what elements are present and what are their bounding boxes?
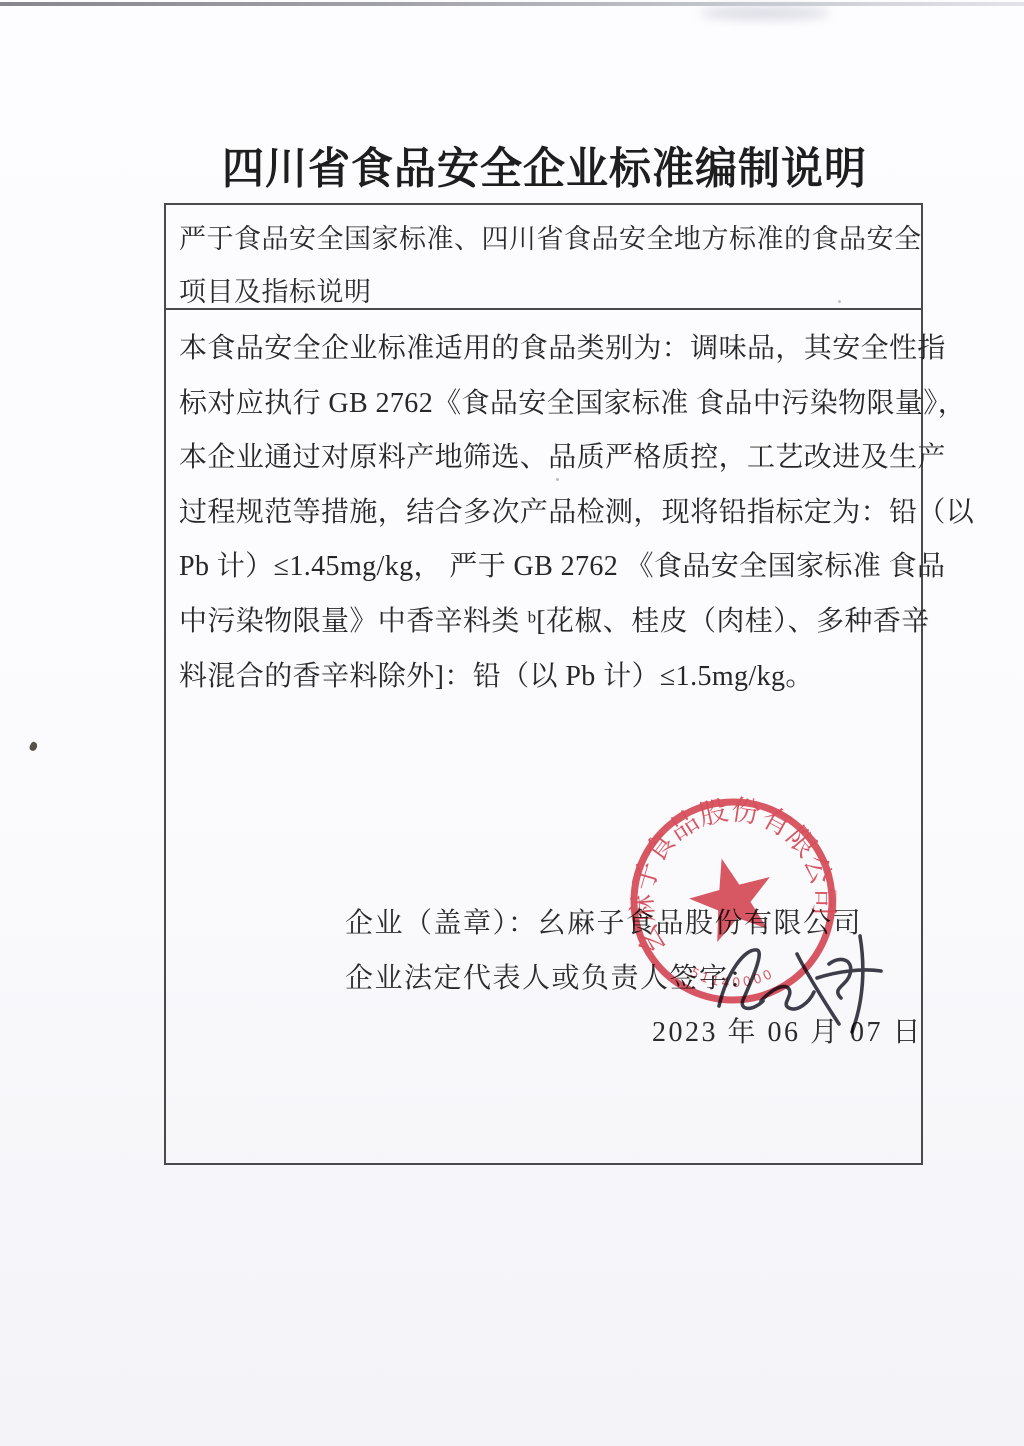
scanned-document-page: 四川省食品安全企业标准编制说明 严于食品安全国家标准、四川省食品安全地方标准的食… xyxy=(0,0,1024,1446)
body-line: 本食品安全企业标准适用的食品类别为：调味品，其安全性指 xyxy=(179,322,913,377)
body-line: 中污染物限量》中香辛料类 ᵇ[花椒、桂皮（肉桂）、多种香辛 xyxy=(179,595,913,650)
body-line: 标对应执行 GB 2762《食品安全国家标准 食品中污染物限量》， xyxy=(179,377,913,432)
header-line: 严于食品安全国家标准、四川省食品安全地方标准的食品安全 xyxy=(179,213,911,266)
scan-edge-line xyxy=(0,2,1024,6)
page-title: 四川省食品安全企业标准编制说明 xyxy=(166,142,923,196)
table-body-cell: 本食品安全企业标准适用的食品类别为：调味品，其安全性指 标对应执行 GB 276… xyxy=(166,310,921,704)
body-line: 料混合的香辛料除外]：铅（以 Pb 计）≤1.5mg/kg。 xyxy=(179,650,913,705)
dust-speck xyxy=(28,741,38,752)
table-header-cell: 严于食品安全国家标准、四川省食品安全地方标准的食品安全 项目及指标说明 xyxy=(166,205,921,310)
handwritten-signature xyxy=(701,926,899,1038)
company-stamp-label: 企业（盖章）： xyxy=(345,908,538,939)
body-line: Pb 计）≤1.45mg/kg， 严于 GB 2762 《食品安全国家标准 食品 xyxy=(179,540,913,595)
scan-smudge xyxy=(700,6,830,20)
body-line: 过程规范等措施，结合多次产品检测，现将铅指标定为：铅（以 xyxy=(179,486,913,541)
body-line: 本企业通过对原料产地筛选、品质严格质控，工艺改进及生产 xyxy=(179,431,913,486)
